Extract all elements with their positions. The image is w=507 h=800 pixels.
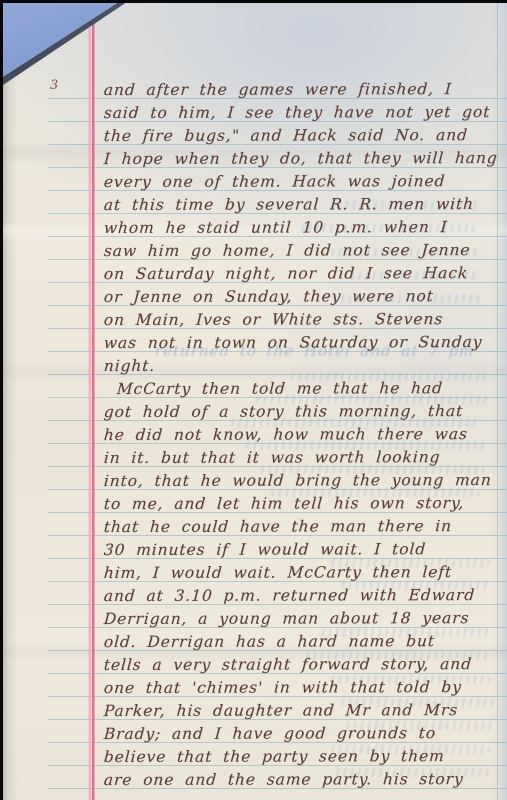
handwritten-line: on Main, Ives or White sts. Stevens bbox=[103, 308, 444, 332]
handwritten-line: night. bbox=[103, 355, 156, 378]
handwritten-line: and at 3.10 p.m. returned with Edward bbox=[103, 584, 476, 608]
handwritten-line: in it. but that it was worth looking bbox=[103, 446, 441, 470]
handwritten-line: was not in town on Saturday or Sunday bbox=[103, 331, 483, 355]
scanner-edge-left bbox=[0, 0, 3, 800]
handwritten-line: 30 minutes if I would wait. I told bbox=[103, 538, 427, 562]
handwritten-line: old. Derrigan has a hard name but bbox=[103, 630, 436, 654]
scanned-journal-page: 3 returned to the Hotel and at 7 pm and … bbox=[0, 0, 507, 800]
handwritten-line: said to him, I see they have not yet got bbox=[103, 101, 491, 125]
handwritten-line: got hold of a story this morning, that bbox=[103, 400, 464, 424]
handwritten-line: Parker, his daughter and Mr and Mrs bbox=[103, 699, 459, 723]
handwritten-line: tells a very straight forward story, and bbox=[103, 653, 473, 677]
handwritten-line: whom he staid until 10 p.m. when I bbox=[103, 216, 448, 240]
scanner-edge-top bbox=[0, 0, 507, 3]
handwritten-line: to me, and let him tell his own story, bbox=[103, 492, 465, 516]
handwritten-line: or Jenne on Sunday, they were not bbox=[103, 285, 435, 309]
handwritten-line: at this time by several R. R. men with bbox=[103, 193, 475, 217]
handwritten-line: he did not know, how much there was bbox=[103, 423, 469, 447]
handwritten-line: every one of them. Hack was joined bbox=[103, 170, 446, 194]
handwritten-line: one that 'chimes' in with that told by bbox=[103, 676, 463, 700]
page-number: 3 bbox=[50, 78, 58, 93]
handwritten-line: on Saturday night, nor did I see Hack bbox=[103, 262, 469, 286]
handwritten-line: Brady; and I have good grounds to bbox=[103, 722, 437, 746]
handwritten-line: believe that the party seen by them bbox=[103, 745, 445, 769]
handwritten-line: McCarty then told me that he had bbox=[116, 377, 444, 401]
handwritten-line: I hope when they do, that they will hang bbox=[103, 147, 498, 171]
handwritten-line: him, I would wait. McCarty then left bbox=[103, 561, 453, 585]
margin-rule-line bbox=[88, 0, 96, 800]
handwritten-line: Derrigan, a young man about 18 years bbox=[103, 607, 470, 631]
handwritten-line: that he could have the man there in bbox=[103, 515, 453, 539]
handwritten-line: are one and the same party. his story bbox=[103, 768, 464, 792]
handwritten-line: and after the games were finished, I bbox=[103, 78, 453, 102]
handwritten-line: saw him go home, I did not see Jenne bbox=[103, 239, 471, 263]
handwritten-line: the fire bugs," and Hack said No. and bbox=[103, 124, 469, 148]
handwritten-line: into, that he would bring the young man bbox=[103, 469, 492, 493]
